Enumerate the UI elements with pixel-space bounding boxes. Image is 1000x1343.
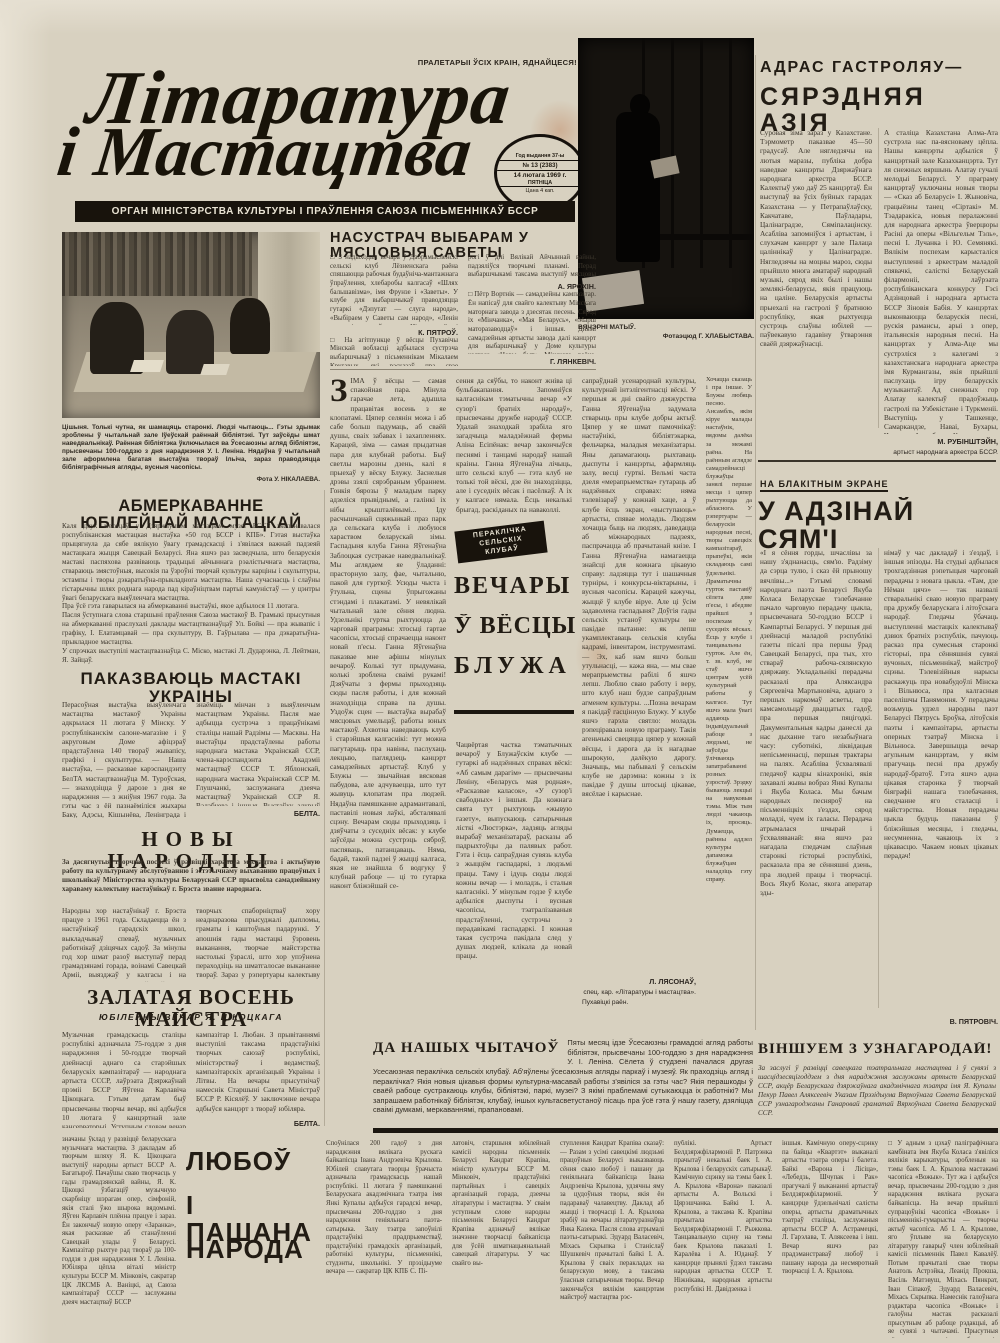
nasustrach-byline-3: Г. ЛЯНКЕВІЧ. xyxy=(468,357,596,366)
abmerkavanne-body: Каля двух месяцаў у Дзяржаўным мастацкім… xyxy=(62,522,320,664)
zima-col-2-top: сення да сяўбы, то наконт жніва ці бульб… xyxy=(456,376,572,518)
section-rule xyxy=(758,460,996,462)
chytachou-box: ДА НАШЫХ ЧЫТАЧОЎ Пяты месяц ідзе Ўсесаюз… xyxy=(373,1038,753,1124)
nasustrach-byline-2: А. ЯРОХІН. xyxy=(468,282,596,291)
chytachou-headline: ДА НАШЫХ ЧЫТАЧОЎ xyxy=(373,1040,559,1057)
krylov-col-e: публікі. Артыст Белдзяржфілармоніі Р. Па… xyxy=(674,1140,772,1338)
zalataya-headline: ЗАЛАТАЯ ВОСЕНЬ МАЙСТРА xyxy=(62,986,320,1030)
adras-col-0: Суровая зіма зараз у Казахстане. Тэрмоме… xyxy=(760,128,872,448)
open-book xyxy=(130,360,164,372)
krylov-title-1: ЛЮБОЎ xyxy=(186,1148,322,1175)
krylov-col-g: □ У адным з цэхаў паліграфічнага камбіна… xyxy=(888,1140,998,1338)
masthead-logo-line2: і Мастацтва xyxy=(54,118,475,188)
evening-photo-credit: Фотаэцюд Г. ХЛАБЫСТАВА. xyxy=(578,333,754,340)
bluzha-title-1: ВЕЧАРЫ xyxy=(454,574,580,599)
bottom-heavy-rule xyxy=(373,1128,998,1133)
novy-lead: За дасягнутыя творчыя поспехі ў развіцці… xyxy=(62,858,320,902)
ekran-headline: У АДЗІНАЙ СЯМ'І xyxy=(758,497,998,554)
vinshuem-body: За заслугі ў развіцці савецкага тэатраль… xyxy=(758,1064,996,1124)
krylov-col-c: латовіч, старшыня юбілейнай камісіі наро… xyxy=(452,1140,550,1338)
bookshelf xyxy=(62,232,252,296)
novy-col-0: Народны хор настаўнікаў г. Брэста працуе… xyxy=(62,906,186,982)
issue-edition-year: Год выдання 37-ы xyxy=(497,152,583,160)
column-rule xyxy=(878,128,879,428)
zima-byline-region: Пухавіцкі раён. xyxy=(582,999,696,1006)
organ-banner: ОРГАН МІНІСТЭРСТВА КУЛЬТУРЫ І ПРАЎЛЕННЯ … xyxy=(75,201,575,222)
library-photo-credit: Фота У. НІКАЛАЕВА. xyxy=(62,476,320,483)
newspaper-page: ПРАЛЕТАРЫІ ЎСІХ КРАІН, ЯДНАЙЦЕСЯ! Літара… xyxy=(0,0,1000,1343)
library-photo-caption: Цішыня. Толькі чутна, як шамацяць старон… xyxy=(62,424,320,476)
issue-price: Цана 4 кап. xyxy=(497,186,583,195)
nasustrach-col-1: рогі ў дні Вялікай Айчыннай вайны, падзя… xyxy=(468,254,596,366)
pakazvayuts-col-0: Перасоўная выстаўка выяўленчага мастацтв… xyxy=(62,700,186,818)
zalataya-subhead: ЮБІЛЕЙНЫ ВЕЧАР Я. ЦІКОЦКАГА xyxy=(62,1013,320,1022)
krylov-col-f: іншыя. Камічную оперу-сцэнку па байцы «К… xyxy=(782,1140,878,1338)
krylov-col-b: Споўнілася 200 гадоў з дня нараджэння вя… xyxy=(326,1140,442,1338)
adras-col-1: А сталіца Казахстана Алма-Ата сустрэла н… xyxy=(884,128,998,456)
zima-col-4: Хочацца сказаць і пра іншае. У Блужы люб… xyxy=(706,376,752,1006)
adras-byline: М. РУБІНШТЭЙН, xyxy=(884,437,998,446)
column-rule xyxy=(755,55,756,1030)
ekran-byline: В. ПЯТРОВІЧ. xyxy=(884,1017,998,1026)
adras-headline-1: АДРАС ГАСТРОЛЯЎ— xyxy=(760,60,998,77)
krylov-col-a: значаны ўклад у развіццё беларускага муз… xyxy=(62,1136,176,1336)
adras-byline-role: артыст народнага аркестра БССР. xyxy=(884,449,998,456)
krylov-title-3: НАРОДА xyxy=(186,1236,322,1263)
page-edge-top xyxy=(0,0,1000,34)
pakazvayuts-col-1: знаёміць мінчан з выяўленчым мастацтвам … xyxy=(196,700,320,818)
bluzha-title-3: БЛУЖА xyxy=(454,654,580,679)
nasustrach-byline-1: К. ПЯТРОЎ. xyxy=(330,328,458,337)
evening-photo xyxy=(578,38,754,319)
zima-byline-role: спец. кар. «Літаратуры і мастацтва». xyxy=(582,989,696,996)
issue-number: № 13 (2383) xyxy=(497,160,583,170)
page-edge-left xyxy=(0,0,50,1343)
zima-byline: Л. ЛЯСОНАЎ, xyxy=(582,977,696,986)
vinshuem-headline: ВІНШУЕМ З УЗНАГАРОДАЙ! xyxy=(758,1042,998,1058)
library-photo xyxy=(62,232,320,418)
evening-photo-caption-title: ВЯЧЭРНІ МАТЫЎ. xyxy=(578,324,754,331)
zima-dropcap: З xyxy=(330,377,347,405)
pakazvayuts-byline: БЕЛТА. xyxy=(196,809,320,818)
krylov-col-d: ступлення Кандрат Крапіва сказаў: — Раза… xyxy=(560,1140,664,1338)
zalataya-col-0: Музычная грамадскасць сталіцы рэспублікі… xyxy=(62,1030,186,1128)
section-rule xyxy=(330,369,596,370)
zima-col-3: сапраўднай усенароднай культуры, культур… xyxy=(582,376,696,1006)
zima-col-1: ЗІМА ў вёсцы — самая спакойная пара. Мін… xyxy=(330,376,446,1028)
nasustrach-col-0: □ З надыходам вечара ў Дабрамысленскі се… xyxy=(330,254,458,366)
bluzha-headline-block: ПЕРАКЛІЧКА СЕЛЬСКІХ КЛУБАЎ ВЕЧАРЫ Ў ВЁСЦ… xyxy=(454,522,580,726)
person-silhouette-body xyxy=(616,112,660,262)
ekran-col-1: німаў у час дакладаў і з'ездаў, і іншыя … xyxy=(884,548,998,1026)
zalataya-col-1: кампазітар І. Любан. З прывітаннямі выст… xyxy=(196,1030,320,1128)
column-rule xyxy=(324,490,325,1126)
zalataya-byline: БЕЛТА. xyxy=(196,1119,320,1128)
reader-figure xyxy=(230,298,270,354)
ekran-kicker: НА БЛАКІТНЫМ ЭКРАНЕ xyxy=(760,480,888,492)
zima-col-2-bottom: Чацвёртая частка тэматычных вечароў у Бл… xyxy=(456,740,572,1028)
bluzha-title-2: Ў ВЁСЦЫ xyxy=(454,614,580,639)
bluzha-rule xyxy=(454,710,574,714)
issue-date: 14 лютага 1969 г. xyxy=(497,170,583,180)
ekran-col-0: «І я сёння горды, шчаслівы за нашу з'ядн… xyxy=(760,548,872,1026)
novy-col-1: творчых спаборніцтваў хору неаднаразова … xyxy=(196,906,320,982)
pereklichka-badge: ПЕРАКЛІЧКА СЕЛЬСКІХ КЛУБАЎ xyxy=(454,521,547,564)
column-rule xyxy=(878,548,879,1008)
open-book xyxy=(200,364,230,375)
